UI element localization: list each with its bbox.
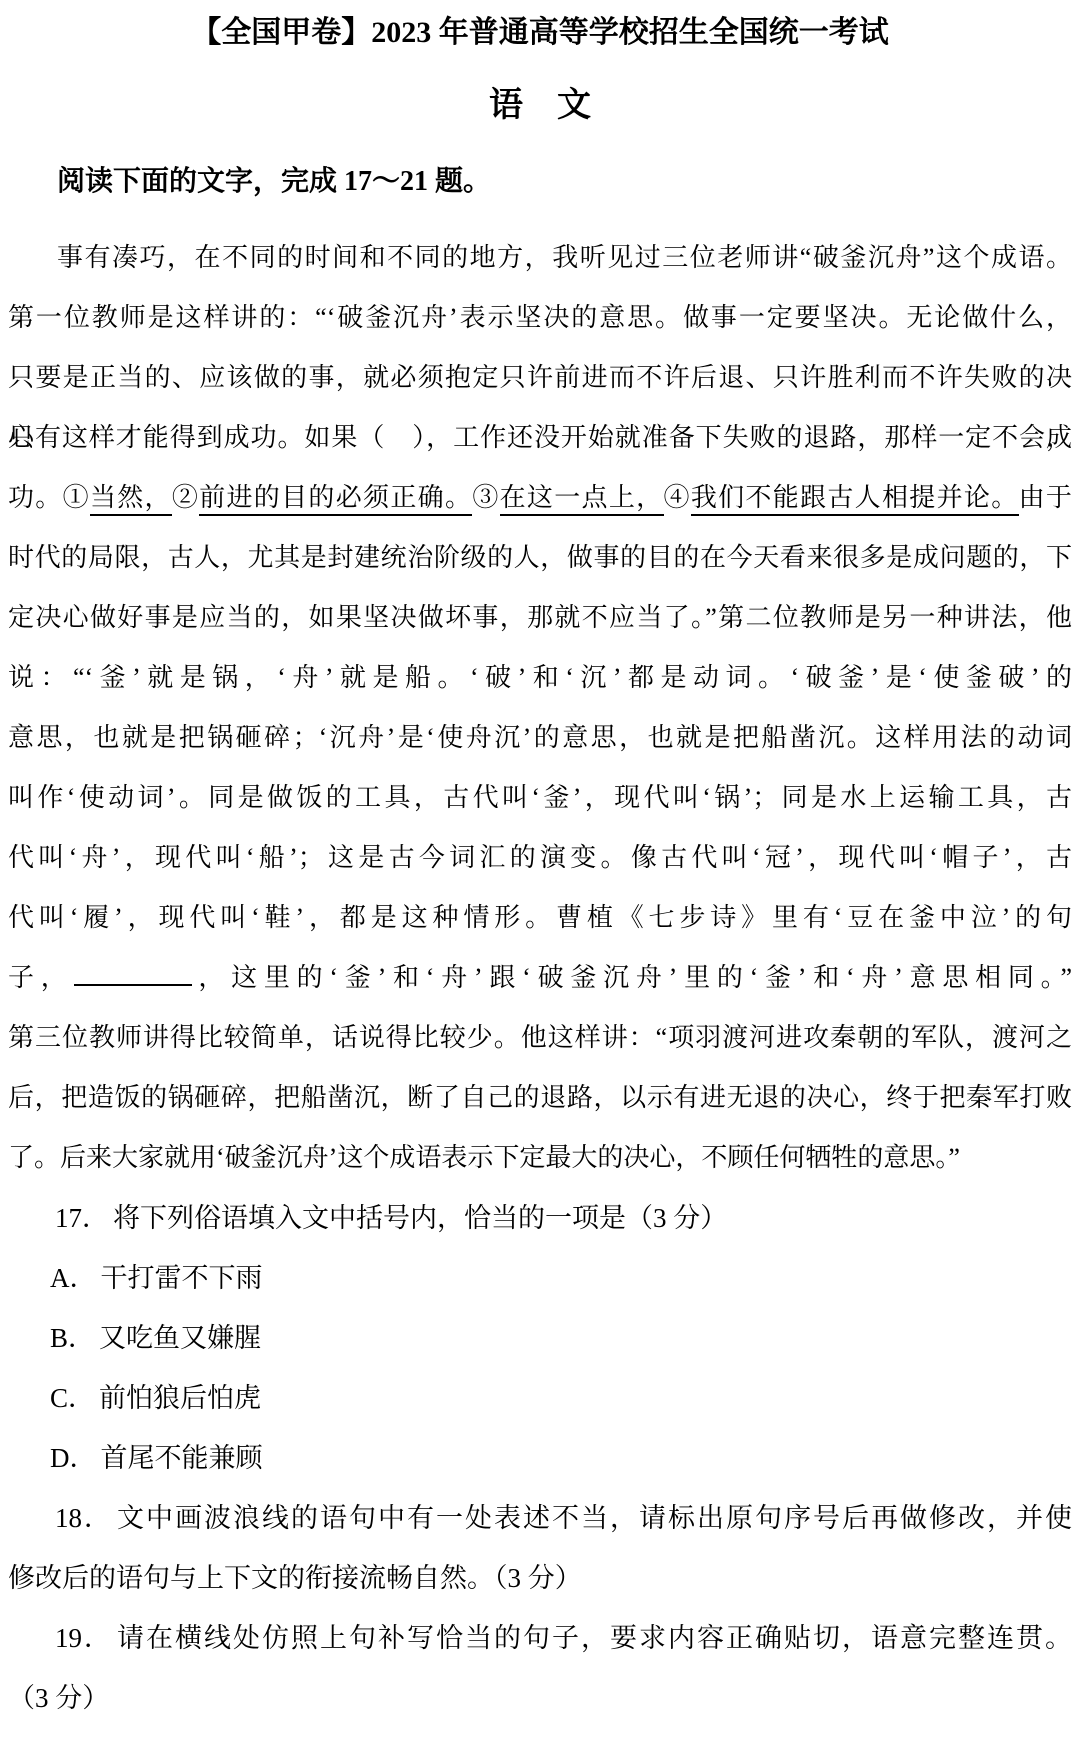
reading-instruction: 阅读下面的文字，完成 17～21 题。 xyxy=(8,160,1072,204)
passage-line: 时代的局限，古人，尤其是封建统治阶级的人，做事的目的在今天看来很多是成问题的，下 xyxy=(8,528,1072,588)
question-stem: 19．请在横线处仿照上句补写恰当的句子，要求内容正确贴切，语意完整连贯。 xyxy=(8,1608,1072,1668)
question-stem-continuation: （3 分） xyxy=(8,1668,1072,1728)
question-number: 19． xyxy=(55,1623,113,1653)
question-number: 18． xyxy=(55,1503,113,1533)
questions-section: 17．将下列俗语填入文中括号内，恰当的一项是（3 分）A．干打雷不下雨B．又吃鱼… xyxy=(8,1188,1072,1728)
passage-text: ，这里的‘釜’和‘舟’跟‘破釜沉舟’里的‘釜’和‘舟’意思相同。” xyxy=(192,963,1072,992)
passage-text: 由于 xyxy=(1019,483,1072,512)
exam-page: { "colors": { "text": "#000000", "backgr… xyxy=(0,0,1080,1747)
passage-text: 代叫‘舟’，现代叫‘船’；这是古今词汇的演变。像古代叫‘冠’，现代叫‘帽子’，古 xyxy=(8,843,1072,872)
option-label: C． xyxy=(50,1383,95,1413)
passage-line: 叫作‘使动词’。同是做饭的工具，古代叫‘釜’，现代叫‘锅’；同是水上运输工具，古 xyxy=(8,768,1072,828)
passage-text: 代叫‘履’，现代叫‘鞋’，都是这种情形。曹植《七步诗》里有‘豆在釜中泣’的句 xyxy=(8,903,1072,932)
answer-option: D．首尾不能兼顾 xyxy=(8,1428,1072,1488)
underlined-sentence: 前进的目的必须正确。 xyxy=(199,483,472,516)
answer-option: A．干打雷不下雨 xyxy=(8,1248,1072,1308)
passage-line: 子，，这里的‘釜’和‘舟’跟‘破釜沉舟’里的‘釜’和‘舟’意思相同。” xyxy=(8,948,1072,1008)
underlined-sentence: 我们不能跟古人相提并论。 xyxy=(691,483,1019,516)
question-number: 17． xyxy=(55,1203,109,1233)
passage-line: 第一位教师是这样讲的：“‘破釜沉舟’表示坚决的意思。做事一定要坚决。无论做什么， xyxy=(8,288,1072,348)
passage-text: 后，把造饭的锅砸碎，把船凿沉，断了自己的退路，以示有进无退的决心，终于把秦军打败 xyxy=(8,1083,1072,1112)
passage-line: 代叫‘履’，现代叫‘鞋’，都是这种情形。曹植《七步诗》里有‘豆在釜中泣’的句 xyxy=(8,888,1072,948)
passage-line: 后，把造饭的锅砸碎，把船凿沉，断了自己的退路，以示有进无退的决心，终于把秦军打败 xyxy=(8,1068,1072,1128)
reading-passage: 事有凑巧，在不同的时间和不同的地方，我听见过三位老师讲“破釜沉舟”这个成语。第一… xyxy=(8,228,1072,1188)
passage-text: 定决心做好事是应当的，如果坚决做坏事，那就不应当了。”第二位教师是另一种讲法，他 xyxy=(8,603,1072,632)
passage-line: 了。后来大家就用‘破釜沉舟’这个成语表示下定最大的决心，不顾任何牺牲的意思。” xyxy=(8,1128,1072,1188)
passage-text: ② xyxy=(172,483,199,512)
passage-line: 代叫‘舟’，现代叫‘船’；这是古今词汇的演变。像古代叫‘冠’，现代叫‘帽子’，古 xyxy=(8,828,1072,888)
passage-text: 事有凑巧，在不同的时间和不同的地方，我听见过三位老师讲“破釜沉舟”这个成语。 xyxy=(57,243,1072,272)
passage-line: 只有这样才能得到成功。如果（ ），工作还没开始就准备下失败的退路，那样一定不会成 xyxy=(8,408,1072,468)
question-stem-continuation: 修改后的语句与上下文的衔接流畅自然。（3 分） xyxy=(8,1548,1072,1608)
answer-option: B．又吃鱼又嫌腥 xyxy=(8,1308,1072,1368)
answer-option: C．前怕狼后怕虎 xyxy=(8,1368,1072,1428)
question-stem: 17．将下列俗语填入文中括号内，恰当的一项是（3 分） xyxy=(8,1188,1072,1248)
passage-line: 只要是正当的、应该做的事，就必须抱定只许前进而不许后退、只许胜利而不许失败的决心… xyxy=(8,348,1072,408)
passage-line: 说：“‘釜’就是锅，‘舟’就是船。‘破’和‘沉’都是动词。‘破釜’是‘使釜破’的 xyxy=(8,648,1072,708)
option-label: A． xyxy=(50,1263,97,1293)
passage-text: 子， xyxy=(8,963,74,992)
passage-text: 了。后来大家就用‘破釜沉舟’这个成语表示下定最大的决心，不顾任何牺牲的意思。” xyxy=(8,1143,960,1172)
passage-line: 事有凑巧，在不同的时间和不同的地方，我听见过三位老师讲“破釜沉舟”这个成语。 xyxy=(8,228,1072,288)
passage-text: 意思，也就是把锅砸碎；‘沉舟’是‘使舟沉’的意思，也就是把船凿沉。这样用法的动词 xyxy=(8,723,1072,752)
option-label: B． xyxy=(50,1323,95,1353)
underlined-sentence: 在这一点上， xyxy=(500,483,664,516)
passage-line: 意思，也就是把锅砸碎；‘沉舟’是‘使舟沉’的意思，也就是把船凿沉。这样用法的动词 xyxy=(8,708,1072,768)
option-label: D． xyxy=(50,1443,97,1473)
passage-text: 第一位教师是这样讲的：“‘破釜沉舟’表示坚决的意思。做事一定要坚决。无论做什么， xyxy=(8,303,1072,332)
passage-text: 只有这样才能得到成功。如果（ ），工作还没开始就准备下失败的退路，那样一定不会成 xyxy=(8,423,1072,452)
subject-title: 语 文 xyxy=(0,84,1080,128)
passage-text: ④ xyxy=(664,483,691,512)
fill-in-blank-line xyxy=(74,958,192,986)
exam-title: 【全国甲卷】2023 年普通高等学校招生全国统一考试 xyxy=(0,0,1080,54)
passage-text: 第三位教师讲得比较简单，话说得比较少。他这样讲：“项羽渡河进攻秦朝的军队，渡河之 xyxy=(8,1023,1072,1052)
underlined-sentence: 当然， xyxy=(90,483,172,516)
question-stem: 18．文中画波浪线的语句中有一处表述不当，请标出原句序号后再做修改，并使 xyxy=(8,1488,1072,1548)
passage-text: ③ xyxy=(472,483,499,512)
passage-text: 功。 xyxy=(8,483,63,512)
passage-text: ① xyxy=(63,483,90,512)
passage-line: 第三位教师讲得比较简单，话说得比较少。他这样讲：“项羽渡河进攻秦朝的军队，渡河之 xyxy=(8,1008,1072,1068)
passage-text: 时代的局限，古人，尤其是封建统治阶级的人，做事的目的在今天看来很多是成问题的，下 xyxy=(8,543,1072,572)
passage-text: 说：“‘釜’就是锅，‘舟’就是船。‘破’和‘沉’都是动词。‘破釜’是‘使釜破’的 xyxy=(8,663,1072,692)
passage-line: 功。①当然，②前进的目的必须正确。③在这一点上，④我们不能跟古人相提并论。由于 xyxy=(8,468,1072,528)
passage-text: 叫作‘使动词’。同是做饭的工具，古代叫‘釜’，现代叫‘锅’；同是水上运输工具，古 xyxy=(8,783,1072,812)
passage-line: 定决心做好事是应当的，如果坚决做坏事，那就不应当了。”第二位教师是另一种讲法，他 xyxy=(8,588,1072,648)
